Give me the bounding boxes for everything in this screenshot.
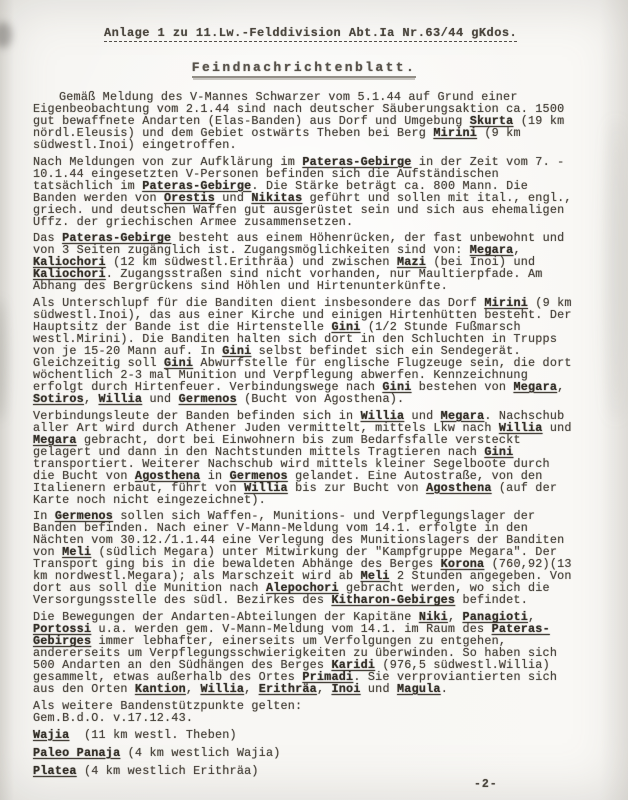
place-name: Niki [419,610,448,624]
paragraph: Verbindungsleute der Banden befinden sic… [33,411,578,507]
scanned-document-page: Anlage 1 zu 11.Lw.-Felddivision Abt.Ia N… [0,0,628,800]
place-name: Megara [441,409,485,423]
place-name: Inoi [332,682,361,696]
place-name: Gini [164,356,193,370]
place-name: Korona [441,557,485,571]
place-name: Wajia [33,728,69,742]
place-name: Mirini [484,296,528,310]
place-name: Megara [470,243,514,257]
place-name: Meli [62,545,91,559]
scan-smudge [606,120,626,420]
place-name: Pateras-Gebirges [33,622,550,648]
place-name: Gini [484,445,513,459]
paragraph: Wajia (11 km westl. Theben) [33,730,578,742]
document-title: Feindnachrichtenblatt. [0,60,608,78]
place-name: Megara [33,433,77,447]
place-name: Sotiros [33,392,84,406]
paragraph: Platea (4 km westlich Erithräa) [33,766,578,778]
place-name: Willia [244,481,288,495]
place-name: Erithräa [259,682,317,696]
place-name: Gini [331,320,360,334]
place-name: Willia [361,409,405,423]
place-name: Agosthena [426,481,492,495]
place-name: Mirini [433,126,477,140]
paragraph: Als Unterschlupf für die Banditen dient … [33,298,578,406]
place-name: Agosthena [135,469,201,483]
paragraph: Gemäß Meldung des V-Mannes Schwarzer vom… [33,92,578,152]
place-name: Nikitas [251,191,302,205]
place-name: Gini [382,380,411,394]
paragraph: Das Pateras-Gebirge besteht aus einem Hö… [33,233,578,293]
place-name: Alepochori [266,581,339,595]
paragraph: Als weitere Bandenstützpunkte gelten: Ge… [33,701,578,725]
place-name: Meli [361,569,390,583]
document-header: Anlage 1 zu 11.Lw.-Felddivision Abt.Ia N… [104,26,517,40]
page-number: -2- [474,778,498,791]
place-name: Germenos [55,509,113,523]
place-name: Gini [222,344,251,358]
place-name: Willia [99,392,143,406]
place-name: Mazi [397,255,426,269]
paragraph: Paleo Panaja (4 km westlich Wajia) [33,748,578,760]
document-body: Gemäß Meldung des V-Mannes Schwarzer vom… [33,92,578,784]
place-name: Kitharon-Gebirges [331,593,455,607]
place-name: Skurta [470,114,514,128]
place-name: Orestis [164,191,215,205]
scan-smudge [0,22,12,48]
place-name: Megara [513,380,557,394]
document-title-text: Feindnachrichtenblatt. [192,60,416,78]
place-name: Magula [397,682,441,696]
paragraph: Nach Meldungen von zur Aufklärung im Pat… [33,157,578,229]
place-name: Willia [499,421,543,435]
place-name: Pateras-Gebirge [62,231,171,245]
place-name: Willia [200,682,244,696]
place-name: Kantion [135,682,186,696]
place-name: Platea [33,764,77,778]
paragraph: In Germenos sollen sich Waffen-, Munitio… [33,511,578,607]
paragraph: Die Bewegungen der Andarten-Abteilungen … [33,612,578,696]
place-name: Kaliochori [33,267,106,281]
scan-smudge [0,300,6,420]
place-name: Germenos [179,392,237,406]
place-name: Paleo Panaja [33,746,120,760]
place-name: Pateras-Gebirge [302,155,411,169]
